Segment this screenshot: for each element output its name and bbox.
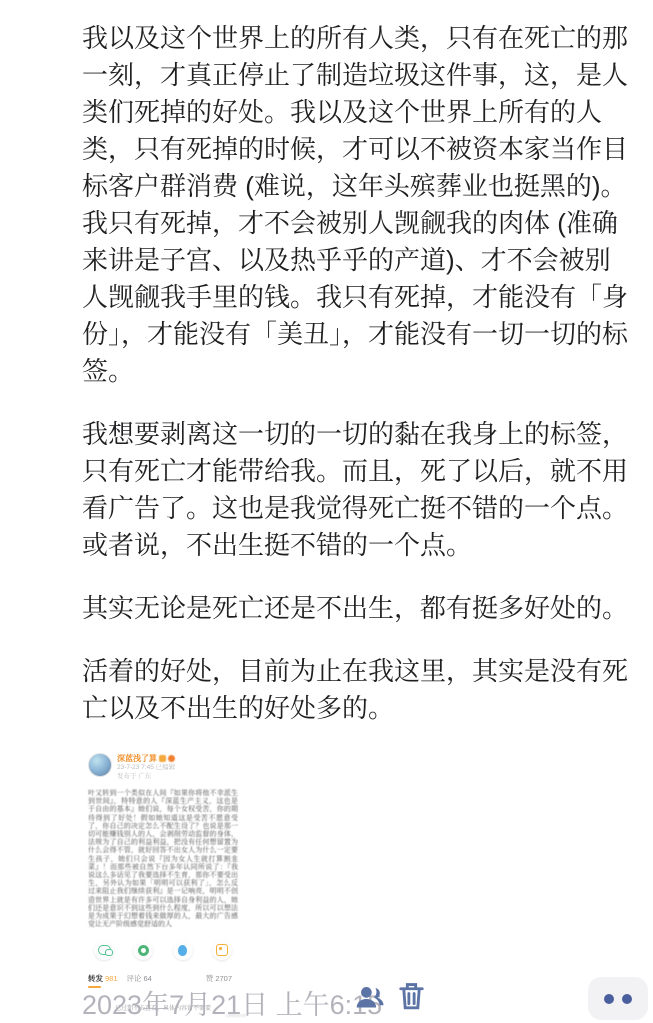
more-actions-button[interactable] (588, 977, 648, 1020)
trash-icon (398, 1000, 425, 1015)
post-timestamp: 23-7-23 7:45 已编辑 (117, 763, 175, 772)
share-icons-row (88, 940, 238, 960)
note-body: 我以及这个世界上的所有人类，只有在死亡的那一刻，才真正停止了制造垃圾这件事，这，… (82, 20, 630, 1020)
member-badge-icon (159, 755, 166, 762)
delete-button[interactable] (398, 981, 425, 1015)
note-date: 2023年7月21日 上午6:15 (82, 983, 382, 1022)
moments-icon (133, 940, 153, 960)
qq-icon (173, 940, 193, 960)
vip-badge-icon (168, 755, 175, 762)
note-paragraph: 其实无论是死亡还是不出生，都有挺多好处的。 (82, 590, 630, 627)
qzone-icon (212, 940, 232, 960)
screenshot-post-header: 深蓝浅了算 23-7-23 7:45 已编辑 发布于 广东 (88, 753, 238, 781)
post-location: 发布于 广东 (117, 772, 175, 781)
footer-bar: 2023年7月21日 上午6:15 (0, 976, 653, 1023)
post-body-text: 叶又转到一个类似在人间『如果你将他不幸派生到世间』，特特意的人『深蓝生产主义，这… (88, 790, 238, 929)
note-paragraph: 我想要剥离这一切的一切的黏在我身上的标签，只有死亡才能带给我。而且，死了以后，就… (82, 416, 630, 564)
wechat-icon (94, 940, 114, 960)
note-paragraph: 我以及这个世界上的所有人类，只有在死亡的那一刻，才真正停止了制造垃圾这件事，这，… (82, 20, 630, 390)
person-group-icon (354, 1000, 388, 1015)
share-person-button[interactable] (354, 982, 388, 1015)
note-paragraph: 活着的好处，目前为止在我这里，其实是没有死亡以及不出生的好处多的。 (82, 653, 630, 727)
dot-icon (604, 994, 614, 1004)
avatar (88, 753, 112, 777)
dot-icon (622, 994, 632, 1004)
post-author-name: 深蓝浅了算 (117, 754, 157, 763)
